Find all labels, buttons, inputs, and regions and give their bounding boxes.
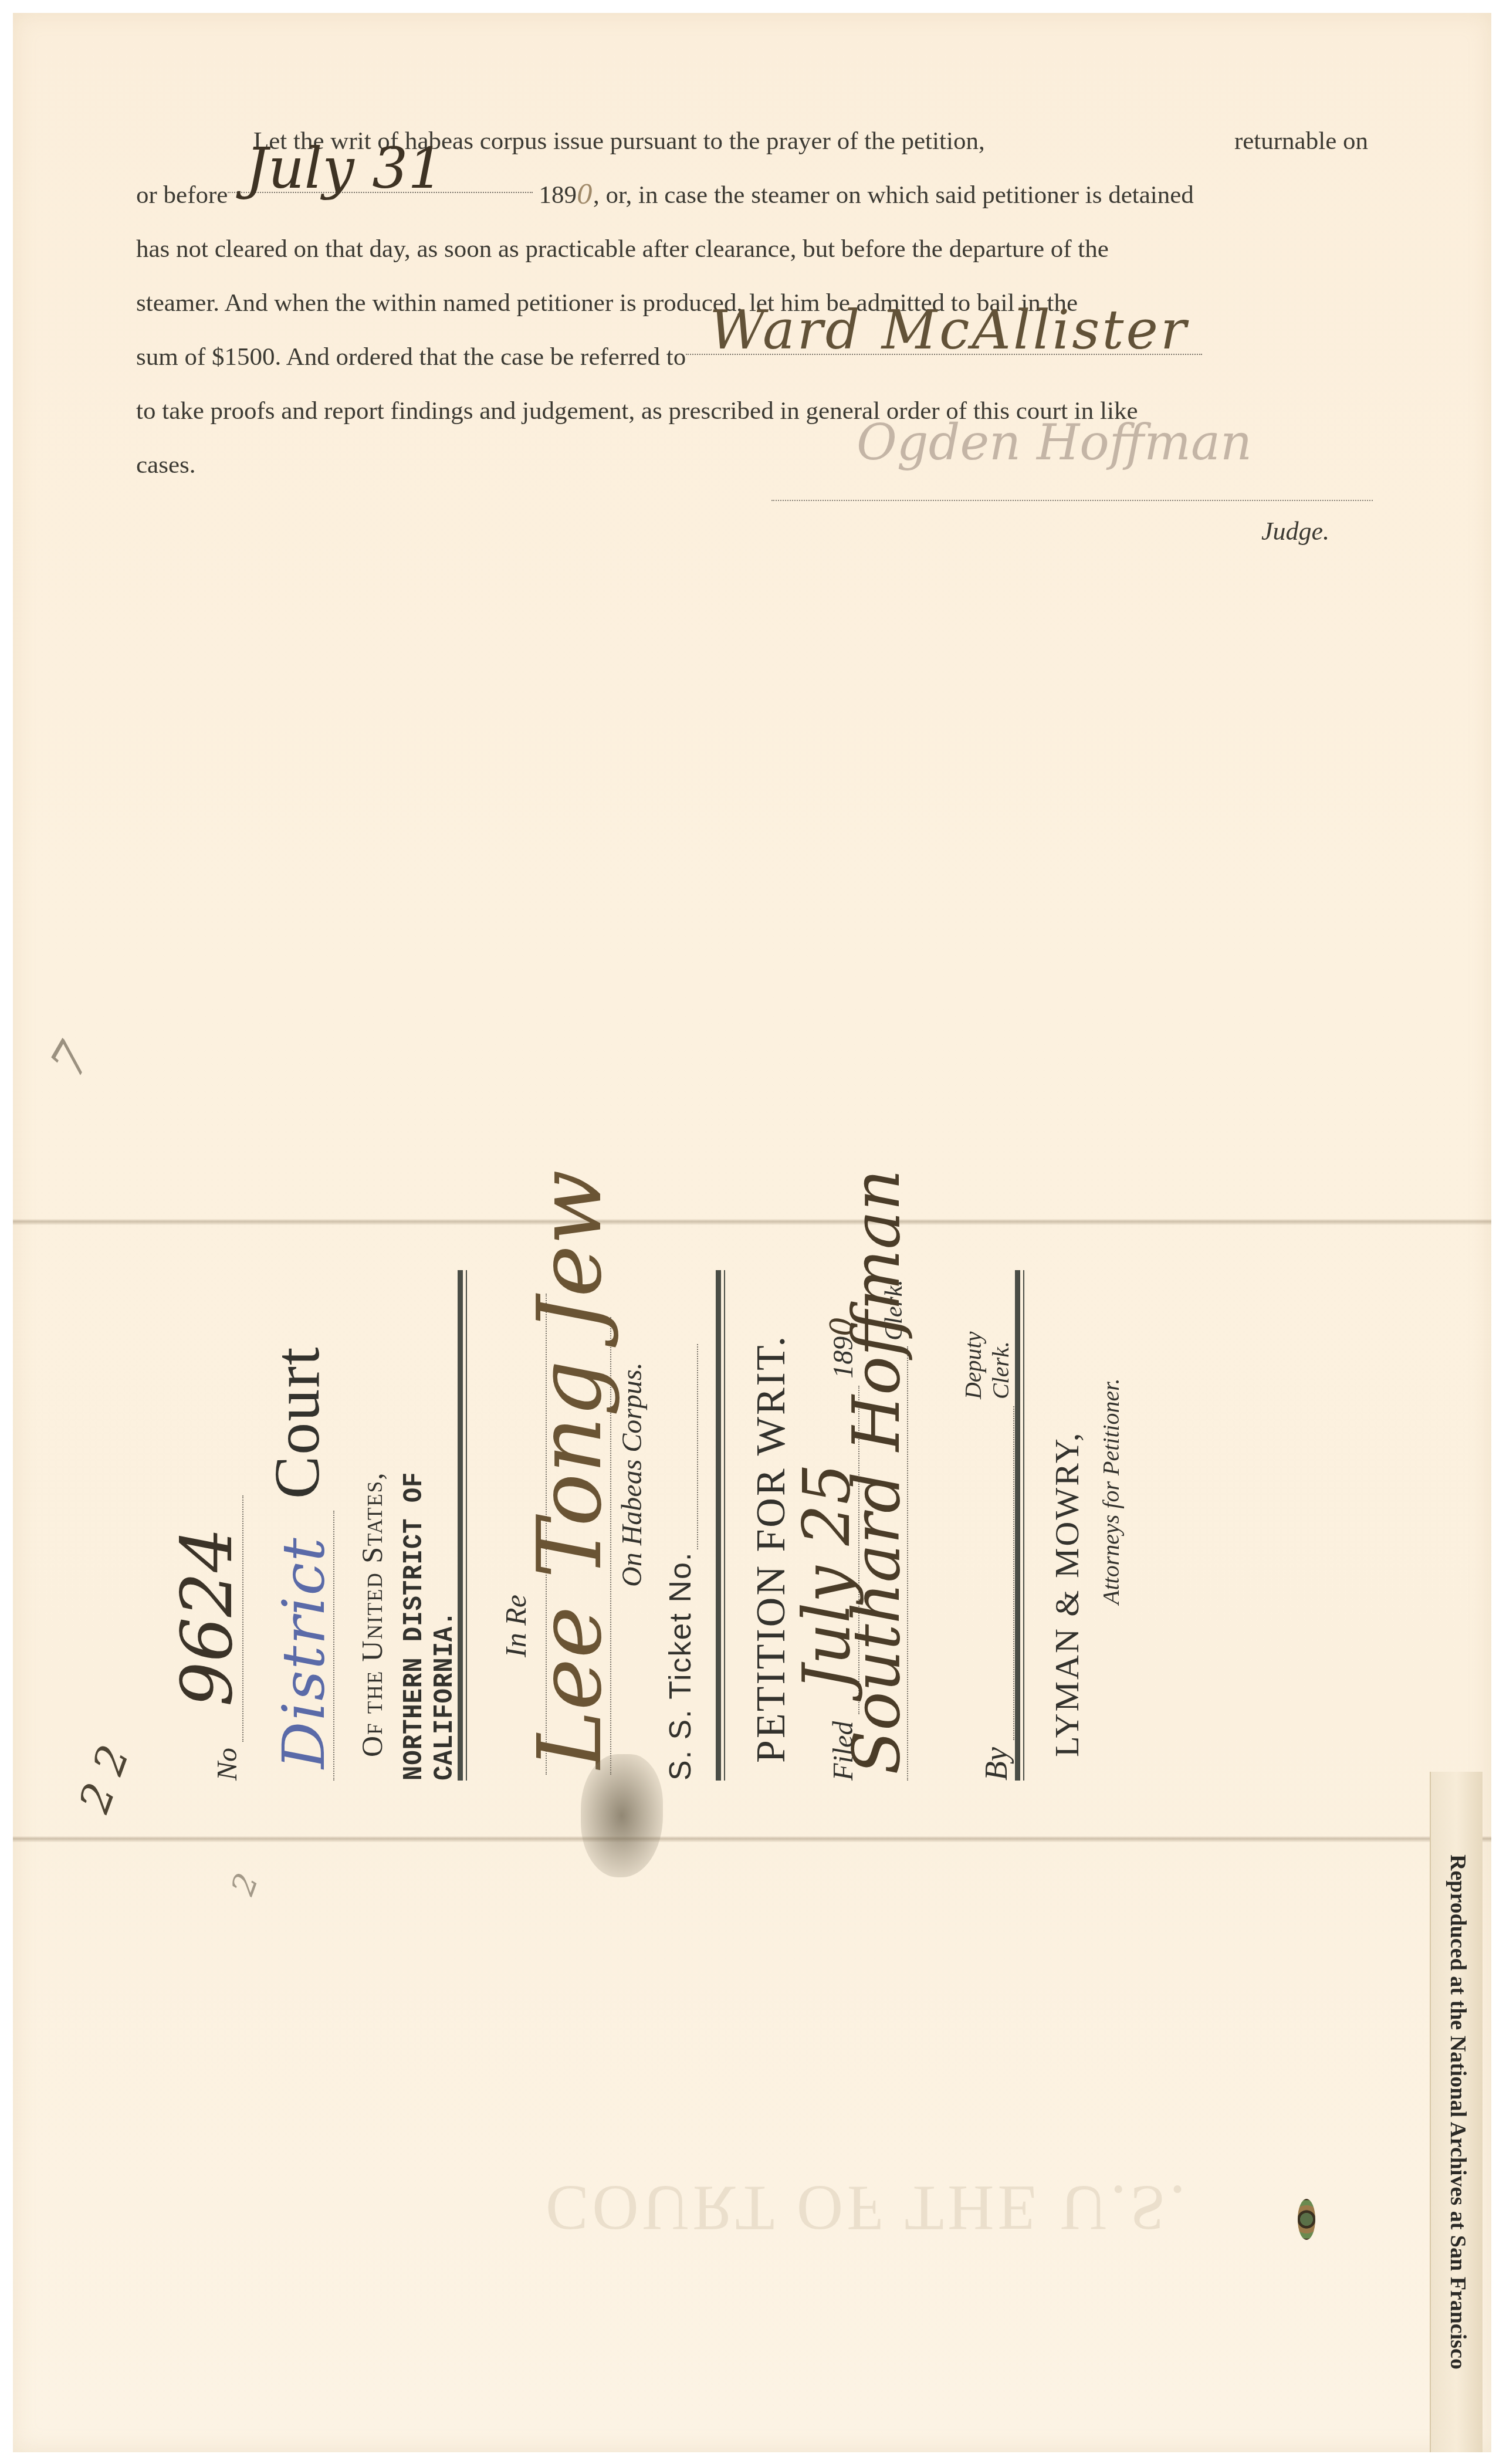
double-rule bbox=[1015, 1270, 1024, 1781]
judge-signature-line bbox=[771, 500, 1373, 501]
fold-crease-upper bbox=[13, 1219, 1491, 1225]
court-type-handwritten: District bbox=[269, 1536, 338, 1769]
ink-stain bbox=[581, 1754, 663, 1877]
order-line-3: has not cleared on that day, as soon as … bbox=[136, 222, 1368, 276]
clerk-signature-field: Southard Hoffman bbox=[884, 1346, 908, 1781]
ticket-row: S. S. Ticket No. bbox=[663, 1270, 698, 1781]
case-number-handwritten: 9624 bbox=[167, 1528, 248, 1707]
double-rule bbox=[716, 1270, 725, 1781]
archive-label: Reproduced at the National Archives at S… bbox=[1441, 1789, 1471, 2435]
judge-signature: Ogden Hoffman bbox=[857, 414, 1252, 471]
fold-crease-lower bbox=[13, 1836, 1491, 1842]
of-united-states: Of the United States, bbox=[355, 1247, 389, 1781]
referee-field: Ward McAllister bbox=[686, 330, 1202, 355]
returnable-date-handwritten: July 31 bbox=[245, 141, 444, 195]
clerk-signature-handwritten: Southard Hoffman bbox=[839, 1169, 914, 1775]
court-label: Court bbox=[260, 1346, 334, 1499]
attorneys-role: Attorneys for Petitioner. bbox=[1097, 1094, 1125, 1781]
order-line-5: sum of $1500. And ordered that the case … bbox=[136, 330, 1368, 384]
deputy-clerk-label: Deputy Clerk. bbox=[959, 1270, 1014, 1399]
document-title: PETITION FOR WRIT. bbox=[748, 1253, 795, 1781]
grommet-fastener-icon bbox=[1298, 2199, 1315, 2240]
referee-handwritten: Ward McAllister bbox=[709, 303, 1189, 357]
order-line-1-suffix: returnable on bbox=[1234, 114, 1368, 168]
ticket-label: S. S. Ticket No. bbox=[663, 1552, 698, 1781]
returnable-date-field: July 31 bbox=[228, 168, 533, 193]
attorneys-name: LYMAN & MOWRY, bbox=[1047, 1247, 1087, 1781]
endorsement-panel: No 9624 District Court Of the United Sta… bbox=[194, 1270, 1332, 1781]
petitioner-name-handwritten: Lee Tong Jew bbox=[519, 1258, 621, 1781]
by-label: By bbox=[978, 1747, 1014, 1781]
on-habeas-corpus: On Habeas Corpus. bbox=[616, 1077, 648, 1781]
or-before-label: or before bbox=[136, 168, 228, 222]
endorsement-rotated: No 9624 District Court Of the United Sta… bbox=[194, 1270, 1332, 1781]
case-number-field: 9624 bbox=[219, 1495, 243, 1742]
deputy-signature-field bbox=[990, 1406, 1014, 1740]
court-row: District Court bbox=[270, 1270, 334, 1781]
double-rule bbox=[458, 1270, 467, 1781]
clerk-row: Southard Hoffman Clerk. bbox=[880, 1270, 908, 1781]
year-printed: 189 bbox=[539, 168, 577, 222]
deputy-row: By Deputy Clerk. bbox=[959, 1270, 1014, 1781]
year-handwritten: 0 bbox=[577, 168, 593, 222]
order-line-2: or before July 31 1890, or, in case the … bbox=[136, 168, 1368, 222]
no-label: No bbox=[211, 1748, 243, 1781]
referred-to-label: sum of $1500. And ordered that the case … bbox=[136, 330, 686, 384]
district-name: NORTHERN DISTRICT OF CALIFORNIA. bbox=[399, 1311, 460, 1781]
court-type-field: District bbox=[310, 1511, 334, 1781]
case-number-row: No 9624 bbox=[211, 1270, 243, 1781]
judge-label: Judge. bbox=[1261, 516, 1329, 546]
order-line-2-text: , or, in case the steamer on which said … bbox=[593, 168, 1194, 222]
ticket-number-field bbox=[679, 1344, 698, 1549]
bleed-through-text: COURT OF THE U.S. bbox=[546, 2171, 1189, 2245]
